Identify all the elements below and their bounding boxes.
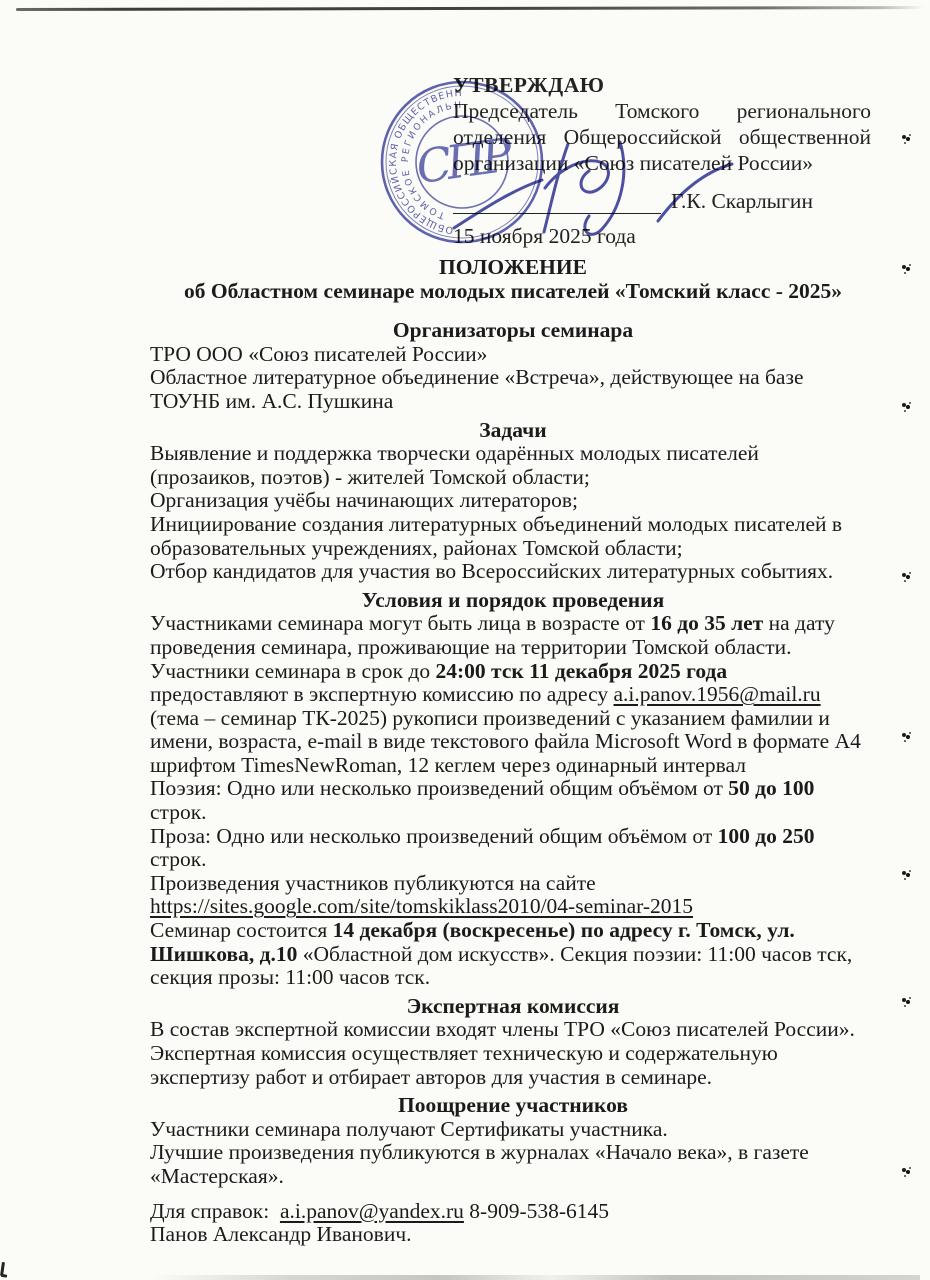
text-line: Организация учёбы начинающих литераторов…	[150, 489, 876, 513]
text-line: Областное литературное объединение «Встр…	[150, 366, 876, 390]
text-segment: секция прозы: 11:00 часов тск.	[150, 965, 430, 989]
text-segment: образовательных учреждениях, районах Том…	[150, 536, 683, 560]
text-line: Поэзия: Одно или несколько произведений …	[150, 777, 876, 801]
text-segment: имени, возраста, e-mail в виде текстовог…	[150, 729, 861, 753]
text-segment: 100 до 250	[718, 824, 815, 848]
text-line: Произведения участников публикуются на с…	[150, 872, 876, 896]
scan-artifact-mark	[902, 733, 906, 737]
document-title-line: об Областном семинаре молодых писателей …	[150, 280, 876, 304]
document-title-line: ПОЛОЖЕНИЕ	[150, 256, 876, 280]
text-segment: проведения семинара, проживающие на терр…	[150, 635, 791, 659]
text-segment: Лучшие произведения публикуются в журнал…	[150, 1140, 809, 1164]
text-line: «Мастерская».	[150, 1165, 876, 1189]
text-line: (прозаиков, поэтов) - жителей Томской об…	[150, 466, 876, 490]
text-line: Экспертная комиссия осуществляет техниче…	[150, 1042, 876, 1066]
text-segment: Выявление и поддержка творчески одарённы…	[150, 441, 759, 465]
text-segment: Участниками семинара могут быть лица в в…	[150, 611, 650, 635]
text-segment: ПОЛОЖЕНИЕ	[439, 255, 587, 279]
text-line: Участники семинара получают Сертификаты …	[150, 1118, 876, 1142]
text-line: проведения семинара, проживающие на терр…	[150, 636, 876, 660]
text-segment: (прозаиков, поэтов) - жителей Томской об…	[150, 465, 590, 489]
text-segment: ТОУНБ им. А.С. Пушкина	[150, 389, 393, 413]
text-segment: Проза: Одно или несколько произведений о…	[150, 824, 718, 848]
text-segment: Панов Александр Иванович.	[150, 1222, 412, 1246]
text-segment: 16 до 35 лет	[650, 611, 763, 635]
scan-corner-mark	[0, 1262, 5, 1276]
text-line: секция прозы: 11:00 часов тск.	[150, 966, 876, 990]
text-line: Инициирование создания литературных объе…	[150, 513, 876, 537]
scan-artifact-mark	[902, 573, 906, 577]
text-segment: Шишкова, д.10	[150, 942, 297, 966]
scan-artifact-mark	[902, 403, 906, 407]
text-segment: Условия и порядок проведения	[362, 588, 664, 612]
text-line: образовательных учреждениях, районах Том…	[150, 537, 876, 561]
text-line: Проза: Одно или несколько произведений о…	[150, 825, 876, 849]
text-segment: строк.	[150, 800, 207, 824]
scanned-document-page: УТВЕРЖДАЮ Председатель Томского регионал…	[0, 0, 930, 1280]
text-segment: Экспертная комиссия	[407, 994, 620, 1018]
text-segment: В состав экспертной комиссии входят член…	[150, 1017, 855, 1041]
text-line: ТОУНБ им. А.С. Пушкина	[150, 390, 876, 414]
text-segment: 14 декабря (воскресенье) по адресу г. То…	[333, 918, 795, 942]
text-segment: Областное литературное объединение «Встр…	[150, 365, 804, 389]
text-segment: Организация учёбы начинающих литераторов…	[150, 488, 578, 512]
text-segment: 24:00 тск 11 декабря 2025 года	[435, 659, 727, 683]
scan-artifact-mark	[902, 871, 906, 875]
section-heading: Задачи	[150, 419, 876, 443]
scan-bottom-smudge	[150, 1275, 920, 1280]
section-heading: Условия и порядок проведения	[150, 589, 876, 613]
section-heading: Организаторы семинара	[150, 319, 876, 343]
text-segment: строк.	[150, 847, 207, 871]
text-line: имени, возраста, e-mail в виде текстовог…	[150, 730, 876, 754]
text-segment: шрифтом TimesNewRoman, 12 кеглем через о…	[150, 753, 746, 777]
text-line: строк.	[150, 848, 876, 872]
text-segment: (тема – семинар ТК-2025) рукописи произв…	[150, 706, 830, 730]
text-line: экспертизу работ и отбирает авторов для …	[150, 1066, 876, 1090]
handwritten-signature	[448, 128, 778, 253]
text-segment: об Областном семинаре молодых писателей …	[184, 279, 842, 303]
section-heading: Экспертная комиссия	[150, 995, 876, 1019]
text-segment: 50 до 100	[728, 776, 814, 800]
text-segment: ТРО ООО «Союз писателей России»	[150, 342, 487, 366]
text-segment: Участники семинара получают Сертификаты …	[150, 1117, 668, 1141]
text-segment: экспертизу работ и отбирает авторов для …	[150, 1065, 712, 1089]
text-segment: Поощрение участников	[398, 1093, 628, 1117]
text-line: Для справок: a.i.panov@yandex.ru 8-909-5…	[150, 1200, 876, 1224]
scan-artifact-mark	[902, 135, 906, 139]
text-line: предоставляют в экспертную комиссию по а…	[150, 683, 876, 707]
text-line: шрифтом TimesNewRoman, 12 кеглем через о…	[150, 754, 876, 778]
scan-artifact-mark	[902, 265, 906, 269]
section-heading: Поощрение участников	[150, 1094, 876, 1118]
text-segment: 8-909-538-6145	[464, 1199, 609, 1223]
underlined-link-text: a.i.panov@yandex.ru	[280, 1199, 464, 1223]
underlined-link-text: a.i.panov.1956@mail.ru	[614, 682, 821, 706]
text-segment: Задачи	[479, 418, 546, 442]
text-segment: Произведения участников публикуются на с…	[150, 871, 596, 895]
text-line: Выявление и поддержка творчески одарённы…	[150, 442, 876, 466]
text-line: Панов Александр Иванович.	[150, 1223, 876, 1247]
text-line: В состав экспертной комиссии входят член…	[150, 1018, 876, 1042]
text-line: Участниками семинара могут быть лица в в…	[150, 612, 876, 636]
text-segment: Поэзия: Одно или несколько произведений …	[150, 776, 728, 800]
scan-artifact-mark	[902, 1168, 906, 1172]
text-segment: Инициирование создания литературных объе…	[150, 512, 842, 536]
text-line: Отбор кандидатов для участия во Всеросси…	[150, 560, 876, 584]
text-line: строк.	[150, 801, 876, 825]
text-segment: на дату	[763, 611, 835, 635]
text-line: Участники семинара в срок до 24:00 тск 1…	[150, 660, 876, 684]
text-segment: Отбор кандидатов для участия во Всеросси…	[150, 559, 833, 583]
document-flow: ПОЛОЖЕНИЕоб Областном семинаре молодых п…	[150, 256, 876, 1247]
text-line: (тема – семинар ТК-2025) рукописи произв…	[150, 707, 876, 731]
text-line: https://sites.google.com/site/tomskiklas…	[150, 895, 876, 919]
text-line: Семинар состоится 14 декабря (воскресень…	[150, 919, 876, 943]
text-line: ТРО ООО «Союз писателей России»	[150, 343, 876, 367]
text-segment: Экспертная комиссия осуществляет техниче…	[150, 1041, 778, 1065]
text-segment: предоставляют в экспертную комиссию по а…	[150, 682, 614, 706]
text-segment: Семинар состоится	[150, 918, 333, 942]
text-segment: «Мастерская».	[150, 1164, 284, 1188]
text-line: Лучшие произведения публикуются в журнал…	[150, 1141, 876, 1165]
scan-artifact-mark	[902, 998, 906, 1002]
text-segment: Организаторы семинара	[393, 318, 633, 342]
text-line: Шишкова, д.10 «Областной дом искусств». …	[150, 943, 876, 967]
underlined-link-text: https://sites.google.com/site/tomskiklas…	[150, 894, 693, 918]
text-segment: «Областной дом искусств». Секция поэзии:…	[297, 942, 852, 966]
text-segment: Участники семинара в срок до	[150, 659, 435, 683]
text-segment: Для справок:	[150, 1199, 280, 1223]
scan-edge-line	[16, 6, 924, 11]
